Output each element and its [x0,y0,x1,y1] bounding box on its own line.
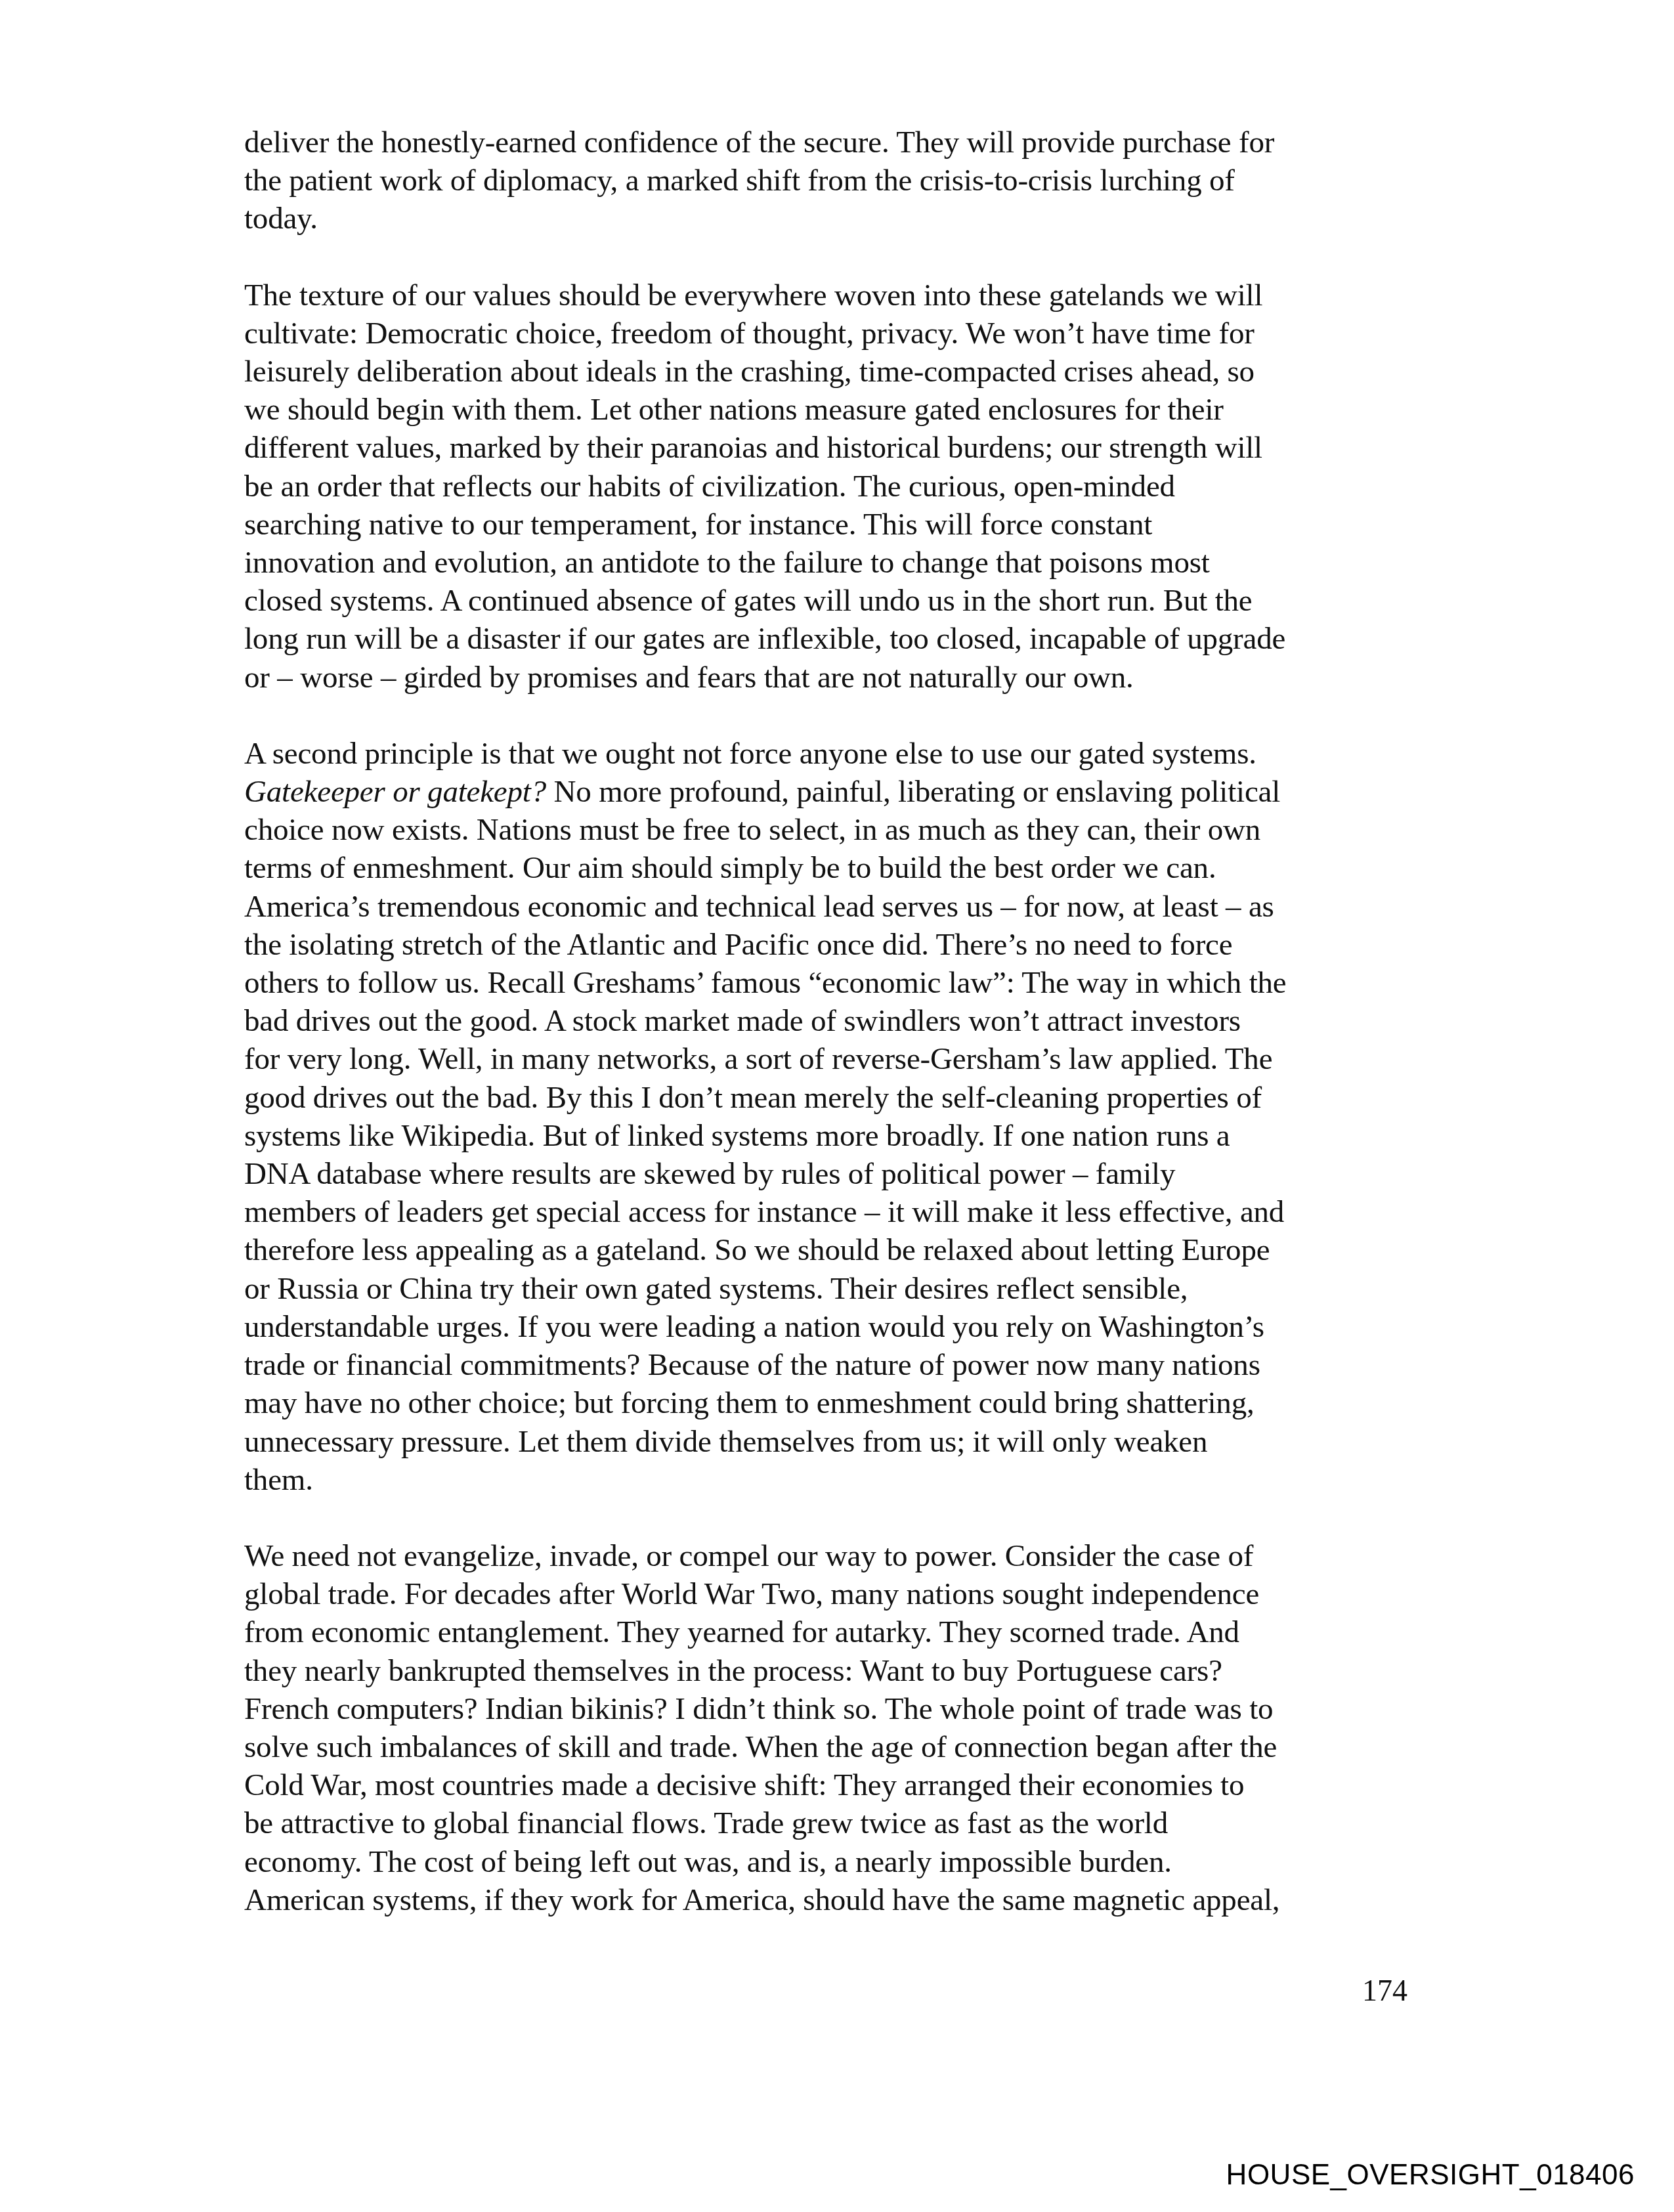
paragraph-3: A second principle is that we ought not … [244,735,1426,1499]
text-line: Gatekeeper or gatekept? No more profound… [244,773,1426,811]
page-number: 174 [1362,1973,1407,2008]
text-line: solve such imbalances of skill and trade… [244,1728,1426,1766]
text-line: deliver the honestly-earned confidence o… [244,123,1426,162]
text-line: economy. The cost of being left out was,… [244,1843,1426,1881]
text-line: for very long. Well, in many networks, a… [244,1040,1426,1078]
text-line: French computers? Indian bikinis? I didn… [244,1690,1426,1728]
text-line: innovation and evolution, an antidote to… [244,544,1426,582]
text-line: We need not evangelize, invade, or compe… [244,1537,1426,1575]
text-line: American systems, if they work for Ameri… [244,1881,1426,1919]
text-line: unnecessary pressure. Let them divide th… [244,1423,1426,1461]
text-line: today. [244,200,1426,238]
text-line: be an order that reflects our habits of … [244,467,1426,506]
text-line: closed systems. A continued absence of g… [244,582,1426,620]
text-line: searching native to our temperament, for… [244,506,1426,544]
text-line: or Russia or China try their own gated s… [244,1270,1426,1308]
text-line: global trade. For decades after World Wa… [244,1575,1426,1613]
text-line: cultivate: Democratic choice, freedom of… [244,314,1426,353]
text-line: A second principle is that we ought not … [244,735,1426,773]
text-line: trade or financial commitments? Because … [244,1346,1426,1384]
text-line: others to follow us. Recall Greshams’ fa… [244,964,1426,1002]
text-line: DNA database where results are skewed by… [244,1155,1426,1193]
text-line: systems like Wikipedia. But of linked sy… [244,1117,1426,1155]
paragraph-2: The texture of our values should be ever… [244,276,1426,697]
text-line: may have no other choice; but forcing th… [244,1384,1426,1422]
text-line: choice now exists. Nations must be free … [244,811,1426,849]
text-line: leisurely deliberation about ideals in t… [244,353,1426,391]
text-line: the isolating stretch of the Atlantic an… [244,926,1426,964]
text-line: them. [244,1461,1426,1499]
text-line: long run will be a disaster if our gates… [244,620,1426,658]
text-line: members of leaders get special access fo… [244,1193,1426,1231]
bates-number: HOUSE_OVERSIGHT_018406 [1226,2159,1635,2192]
text-segment: No more profound, painful, liberating or… [546,775,1280,809]
text-line: bad drives out the good. A stock market … [244,1002,1426,1040]
paragraph-4: We need not evangelize, invade, or compe… [244,1537,1426,1919]
text-line: be attractive to global financial flows.… [244,1804,1426,1842]
text-line: therefore less appealing as a gateland. … [244,1231,1426,1269]
text-line: The texture of our values should be ever… [244,276,1426,314]
text-line: or – worse – girded by promises and fear… [244,659,1426,697]
text-line: good drives out the bad. By this I don’t… [244,1079,1426,1117]
text-line: terms of enmeshment. Our aim should simp… [244,849,1426,887]
text-line: from economic entanglement. They yearned… [244,1613,1426,1651]
text-line: America’s tremendous economic and techni… [244,888,1426,926]
text-line: we should begin with them. Let other nat… [244,391,1426,429]
text-line: Cold War, most countries made a decisive… [244,1766,1426,1804]
body-text: deliver the honestly-earned confidence o… [244,123,1426,1957]
text-line: understandable urges. If you were leadin… [244,1308,1426,1346]
italic-phrase: Gatekeeper or gatekept? [244,775,546,809]
text-line: the patient work of diplomacy, a marked … [244,162,1426,200]
paragraph-1: deliver the honestly-earned confidence o… [244,123,1426,238]
text-line: they nearly bankrupted themselves in the… [244,1652,1426,1690]
text-line: different values, marked by their parano… [244,429,1426,467]
document-page: deliver the honestly-earned confidence o… [0,0,1674,2212]
